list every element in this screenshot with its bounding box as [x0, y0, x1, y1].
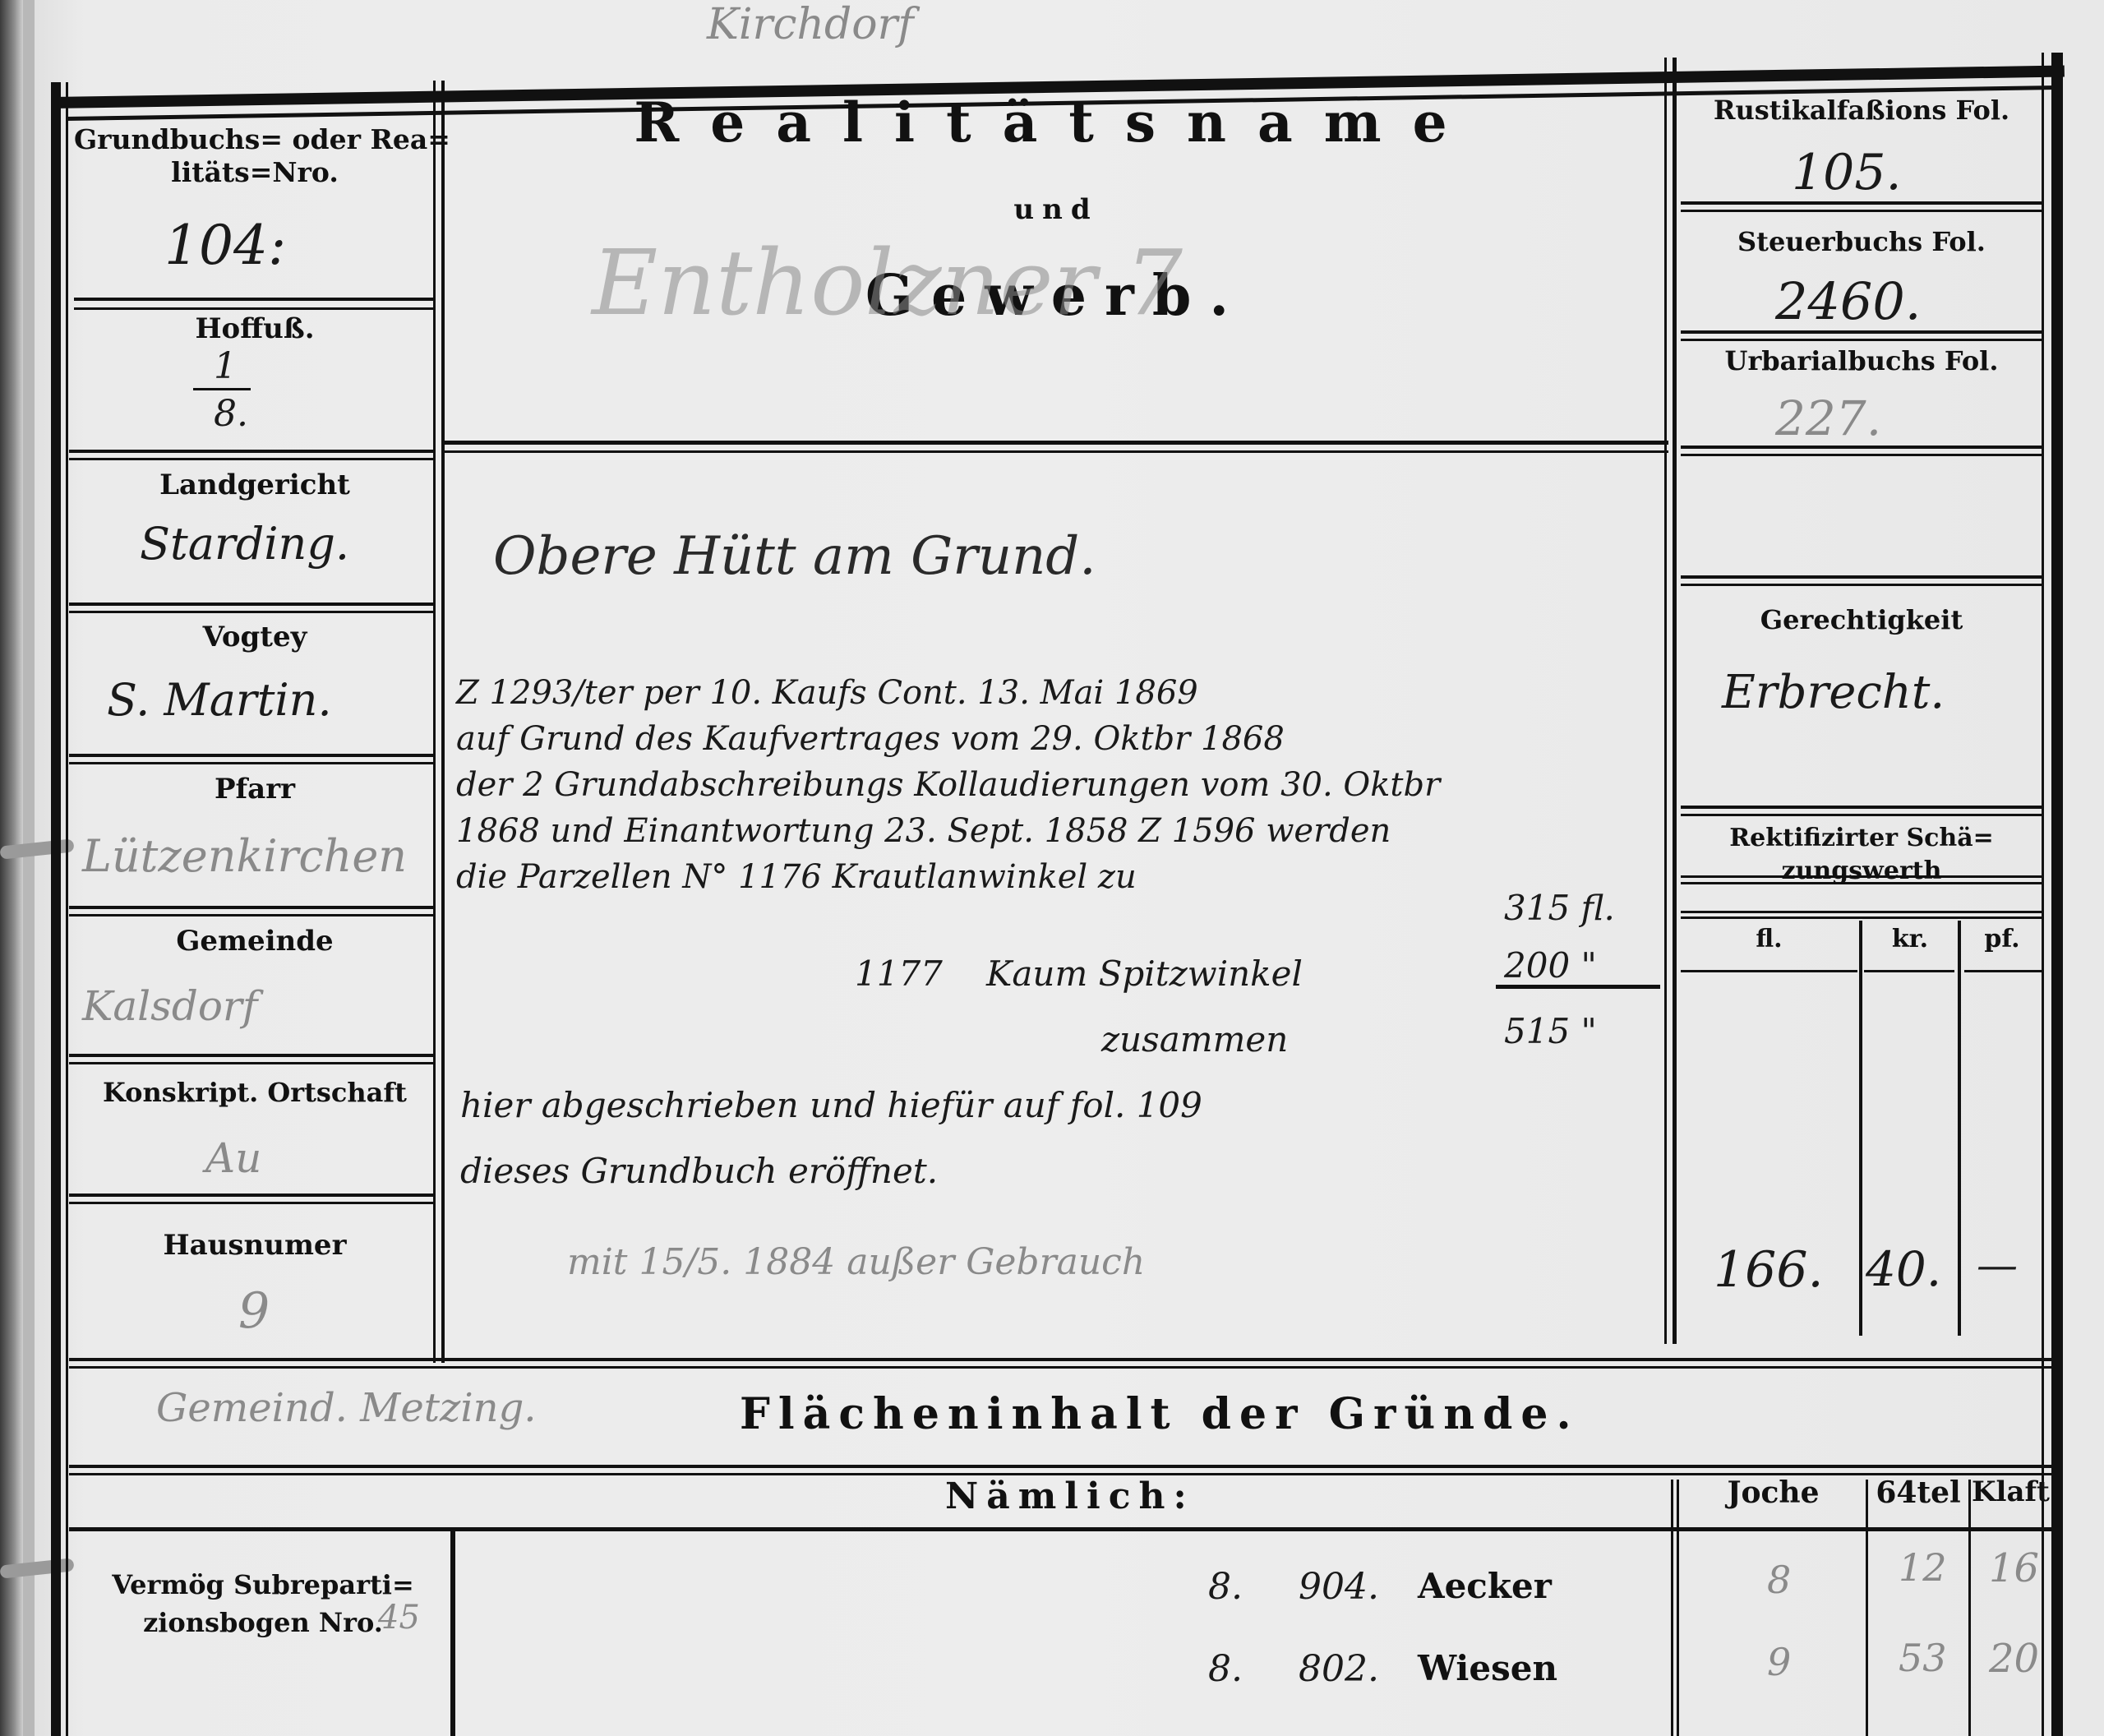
late-note: mit 15/5. 1884 außer Gebrauch [567, 1241, 1145, 1283]
row1-number: 904. [1299, 1566, 1379, 1608]
row1-klafter: 16 [1989, 1545, 2039, 1591]
amount-total: 515 " [1504, 1011, 1597, 1051]
amount-total-label: zusammen [1101, 1019, 1288, 1060]
hausnummer-value: 9 [238, 1282, 270, 1340]
property-name: Obere Hütt am Grund. [493, 526, 1096, 587]
closing-line-1: hier abgeschrieben und hiefür auf fol. 1… [460, 1085, 1202, 1125]
col-joche: Joche [1681, 1475, 1866, 1510]
sum-underline [1496, 985, 1660, 989]
col-kr: kr. [1862, 925, 1958, 953]
left-row-rule [69, 1202, 436, 1204]
header-realitaetsname: Realitätsname [444, 90, 1668, 155]
page-binding-edge [0, 0, 23, 1736]
row2-joche: 9 [1767, 1640, 1791, 1684]
value-divider [1859, 921, 1862, 1336]
hoffuss-fraction-bar [193, 388, 251, 390]
grundbuch-value: 104: [164, 214, 286, 277]
urbarial-label: Urbarialbuchs Fol. [1681, 345, 2042, 376]
row1-type: Aecker [1418, 1566, 1552, 1606]
vogtey-value: S. Martin. [107, 674, 332, 726]
ortschaft-value: Au [205, 1134, 261, 1182]
value-pf: — [1977, 1241, 2018, 1289]
gemeinde-value: Kalsdorf [82, 982, 257, 1030]
value-fl: 166. [1714, 1241, 1824, 1299]
schaetzungswerth-label-line1: Rektifizirter Schä= [1681, 822, 2042, 855]
urbarial-value: 227. [1775, 390, 1881, 446]
left-row-rule [69, 611, 436, 613]
col-pf: pf. [1961, 925, 2043, 953]
steuerbuch-label: Steuerbuchs Fol. [1681, 226, 2042, 257]
hausnummer-label: Hausnumer [74, 1229, 436, 1262]
transfer-entries: Z 1293/ter per 10. Kaufs Cont. 13. Mai 1… [456, 670, 1656, 900]
left-row-rule [74, 307, 436, 310]
right-row-rule [1681, 584, 2042, 586]
naemlich-header: Nämlich: [945, 1475, 1195, 1517]
pfarr-value: Lützenkirchen [82, 830, 407, 882]
grundbuch-label: Grundbuchs= oder Rea= litäts=Nro. [74, 123, 436, 189]
rustikal-value: 105. [1792, 144, 1902, 201]
left-row-rule [69, 1054, 436, 1057]
right-row-rule [1681, 806, 2042, 809]
steuerbuch-value: 2460. [1775, 271, 1922, 331]
landgericht-value: Starding. [140, 518, 349, 570]
grundbuch-label-line2: litäts=Nro. [74, 156, 436, 189]
area-divider [1671, 1480, 1673, 1736]
left-row-rule [69, 754, 436, 757]
header-und: und [444, 193, 1668, 226]
col-klafter: Klafter [1972, 1475, 2051, 1508]
pfarr-label: Pfarr [74, 773, 436, 806]
left-row-rule [69, 458, 436, 460]
row1-joche: 8 [1767, 1558, 1791, 1602]
left-row-rule [69, 914, 436, 916]
gemeinde-label: Gemeinde [74, 925, 436, 958]
row2-type: Wiesen [1418, 1648, 1557, 1688]
hoffuss-numerator: 1 [214, 345, 237, 387]
right-row-rule [1681, 575, 2042, 579]
entry-line: der 2 Grundabschreibungs Kollaudierungen… [456, 762, 1656, 808]
naemlich-top-rule [69, 1465, 2051, 1468]
left-row-rule [69, 762, 436, 764]
right-row-rule [1681, 916, 2042, 919]
col-header-rule [1681, 970, 1857, 972]
amount-2: 200 " [1504, 945, 1597, 986]
row2-klafter: 20 [1989, 1636, 2039, 1682]
left-row-rule [69, 1062, 436, 1064]
flaecheninhalt-title: Flächeninhalt der Gründe. [740, 1389, 1580, 1439]
lower-top-rule [69, 1358, 2051, 1361]
grundbuch-label-line1: Grundbuchs= oder Rea= [74, 123, 436, 156]
frame-left-rule-inner [66, 82, 68, 1736]
left-row-rule [69, 450, 436, 453]
right-row-rule [1681, 911, 2042, 913]
entry-line: die Parzellen N° 1176 Krautlanwinkel zu [456, 854, 1656, 900]
frame-left-rule [51, 82, 61, 1736]
value-divider [1958, 921, 1961, 1336]
margin-note: Gemeind. Metzing. [156, 1385, 537, 1431]
left-row-rule [69, 603, 436, 606]
ledger-page: Kirchdorf Grundbuchs= oder Rea= litäts=N… [0, 0, 2104, 1736]
left-row-rule [69, 1193, 436, 1197]
vogtey-label: Vogtey [74, 621, 436, 653]
lower-top-rule-inner [69, 1366, 2051, 1369]
right-row-rule [1681, 814, 2042, 816]
col-header-rule [1964, 970, 2042, 972]
rustikal-label: Rustikalfaßions Fol. [1681, 95, 2042, 126]
frame-right-rule [2051, 53, 2063, 1736]
amount-1: 315 fl. [1504, 888, 1615, 928]
schaetzungswerth-label-line2: zungswerth [1681, 855, 2042, 888]
row2-number: 802. [1299, 1648, 1379, 1690]
row2-64tel: 53 [1899, 1636, 1947, 1680]
gerechtigkeit-value: Erbrecht. [1722, 666, 1945, 719]
col-fl: fl. [1681, 925, 1857, 953]
ortschaft-label: Konskript. Ortschaft [74, 1077, 436, 1108]
closing-line-2: dieses Grundbuch eröffnet. [460, 1151, 938, 1191]
hoffuss-denominator: 8. [214, 393, 248, 435]
left-row-rule [74, 298, 436, 301]
landgericht-label: Landgericht [74, 469, 436, 501]
left-column-divider [433, 81, 436, 1363]
schaetzungswerth-label: Rektifizirter Schä= zungswerth [1681, 822, 2042, 888]
right-row-rule [1681, 210, 2042, 212]
right-row-rule [1681, 339, 2042, 341]
top-margin-note: Kirchdorf [707, 0, 914, 49]
amount-2-parcel: 1177 [855, 953, 943, 994]
col-header-rule [1864, 970, 1954, 972]
header-handwritten-name: Entholzner 7 [592, 230, 1183, 335]
center-header-rule-inner [444, 450, 1668, 453]
right-column-divider [1664, 58, 1667, 1344]
right-row-rule [1681, 454, 2042, 456]
gerechtigkeit-label: Gerechtigkeit [1681, 604, 2042, 635]
area-divider [1677, 1480, 1679, 1736]
amount-2-desc: Kaum Spitzwinkel [986, 953, 1303, 994]
entry-line: 1868 und Einantwortung 23. Sept. 1858 Z … [456, 808, 1656, 854]
area-divider [1866, 1480, 1868, 1736]
right-column-divider-2 [1673, 58, 1677, 1344]
left-row-rule [69, 906, 436, 909]
hoffuss-label: Hoffuß. [74, 312, 436, 345]
binding-shadow [23, 0, 35, 1736]
subrepartition-value: 45 [378, 1599, 420, 1637]
row2-parcel: 8. [1208, 1648, 1243, 1690]
naemlich-bottom-rule [69, 1527, 2051, 1531]
col-64tel: 64tel [1869, 1475, 1968, 1510]
entry-line: auf Grund des Kaufvertrages vom 29. Oktb… [456, 716, 1656, 762]
value-kr: 40. [1866, 1241, 1941, 1297]
center-header-rule [444, 441, 1668, 445]
right-row-rule [1681, 201, 2042, 205]
row1-parcel: 8. [1208, 1566, 1243, 1608]
entry-line: Z 1293/ter per 10. Kaufs Cont. 13. Mai 1… [456, 670, 1656, 716]
area-divider [1968, 1480, 1971, 1736]
row1-64tel: 12 [1899, 1545, 1947, 1590]
lower-left-divider [450, 1531, 455, 1736]
